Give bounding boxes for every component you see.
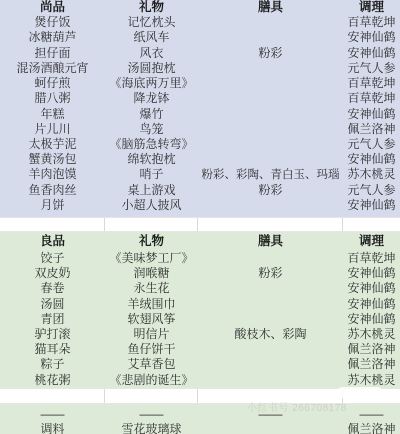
table-cell: 安神仙鹤	[343, 199, 400, 212]
table-cell: 煲仔饭	[0, 16, 105, 29]
table-cell: 片儿川	[0, 123, 105, 136]
table-cell: 冰糖葫芦	[0, 31, 105, 44]
table-cell: 雪花玻璃球	[105, 423, 198, 434]
column-header: 礼物	[105, 1, 198, 15]
screenshot-root: 尚品礼物膳具调理煲仔饭记忆枕头百草乾坤冰糖葫芦纸风车安神仙鹤担仔面风衣粉彩安神仙…	[0, 0, 400, 434]
table-cell: 佩兰洛神	[343, 358, 400, 371]
column-header: 尚品	[0, 1, 105, 15]
column-header: 膳具	[198, 235, 343, 249]
table-cell: 《悲剧的诞生》	[105, 374, 198, 387]
table-cell: 汤圆	[0, 298, 105, 311]
watermark-badge	[337, 387, 383, 398]
table-row: 春卷永生花安神仙鹤	[0, 281, 400, 296]
table-cell: 担仔面	[0, 47, 105, 60]
table-cell: 安神仙鹤	[343, 313, 400, 326]
table-cell: 桌上游戏	[105, 184, 198, 197]
table-cell: 猫耳朵	[0, 343, 105, 356]
table-cell: 苏木桃灵	[343, 374, 400, 387]
table-cell: 双皮奶	[0, 267, 105, 280]
table-row: 双皮奶润喉糖粉彩安神仙鹤	[0, 266, 400, 281]
table-row: 蟹黄汤包绵软抱枕安神仙鹤	[0, 152, 400, 167]
table-cell: 粽子	[0, 358, 105, 371]
header-row: 良品礼物膳具调理	[0, 232, 400, 251]
table-cell: 羊绒围巾	[105, 298, 198, 311]
table-cell: 百草乾坤	[343, 77, 400, 90]
table-cell: 苏木桃灵	[343, 328, 400, 341]
table-cell: 粉彩	[198, 267, 343, 280]
table-cell: 《脑筋急转弯》	[105, 138, 198, 151]
table-cell: 《美味梦工厂》	[105, 252, 198, 265]
table-row: 猫耳朵鱼仔饼干佩兰洛神	[0, 342, 400, 357]
table-cell: 安神仙鹤	[343, 31, 400, 44]
table-row: 担仔面风衣粉彩安神仙鹤	[0, 46, 400, 61]
table-cell: 安神仙鹤	[343, 47, 400, 60]
table-cell: 佩兰洛神	[343, 123, 400, 136]
table-cell: 风衣	[105, 47, 198, 60]
table-cell: 月饼	[0, 199, 105, 212]
table-row: 桃花粥《悲剧的诞生》苏木桃灵	[0, 373, 400, 388]
table-cell: 鸟笼	[105, 123, 198, 136]
table-cell: 降龙钵	[105, 92, 198, 105]
table-cell: 蚵仔煎	[0, 77, 105, 90]
table-cell: 桃花粥	[0, 374, 105, 387]
table-row: 驴打滚明信片酸枝木、彩陶苏木桃灵	[0, 327, 400, 342]
table-cell: 元气人参	[343, 184, 400, 197]
table-liangpin: 良品礼物膳具调理饺子《美味梦工厂》百草乾坤双皮奶润喉糖粉彩安神仙鹤春卷永生花安神…	[0, 232, 400, 388]
gap-cell	[0, 218, 105, 231]
column-header: 膳具	[198, 1, 343, 15]
gap-cell	[343, 218, 400, 231]
table-cell: 鱼仔饼干	[105, 343, 198, 356]
table-row: 汤圆羊绒围巾安神仙鹤	[0, 297, 400, 312]
table-row: 调料雪花玻璃球佩兰洛神	[0, 422, 400, 434]
column-header: 良品	[0, 235, 105, 249]
table-cell: 汤圆抱枕	[105, 62, 198, 75]
table-cell: 羊肉泡馍	[0, 168, 105, 181]
table-cell: 百草乾坤	[343, 252, 400, 265]
table-cell: 润喉糖	[105, 267, 198, 280]
table-cell: 记忆枕头	[105, 16, 198, 29]
table-cell: 粉彩	[198, 184, 343, 197]
table-cell: 混汤酒酿元宵	[0, 62, 105, 75]
table-row: 粽子艾草香包佩兰洛神	[0, 357, 400, 372]
table-row: 冰糖葫芦纸风车安神仙鹤	[0, 30, 400, 45]
table-cell: 明信片	[105, 328, 198, 341]
table-shangpin: 尚品礼物膳具调理煲仔饭记忆枕头百草乾坤冰糖葫芦纸风车安神仙鹤担仔面风衣粉彩安神仙…	[0, 0, 400, 217]
table-cell: 安神仙鹤	[343, 108, 400, 121]
gap-cell	[105, 218, 198, 231]
gap-row-1	[0, 217, 400, 232]
table-row: 腊八粥降龙钵百草乾坤	[0, 91, 400, 106]
column-header: 调理	[343, 1, 400, 15]
table-cell: 年糕	[0, 108, 105, 121]
gap-cell	[105, 389, 198, 403]
table-row: 饺子《美味梦工厂》百草乾坤	[0, 251, 400, 266]
table-row: 羊肉泡馍哨子粉彩、彩陶、青白玉、玛瑙苏木桃灵	[0, 167, 400, 182]
table-row: 蚵仔煎《海底两万里》百草乾坤	[0, 76, 400, 91]
table-cell: 安神仙鹤	[343, 267, 400, 280]
table-cell: 青团	[0, 313, 105, 326]
table-cell: 小超人披风	[105, 199, 198, 212]
table-cell: 佩兰洛神	[343, 343, 400, 356]
gap-cell	[0, 389, 105, 403]
table-cell: 粉彩、彩陶、青白玉、玛瑙	[198, 169, 343, 182]
table-cell: 佩兰洛神	[343, 423, 400, 434]
table-cell: 饺子	[0, 252, 105, 265]
table-cell: 腊八粥	[0, 92, 105, 105]
table-row: 青团软翅风筝安神仙鹤	[0, 312, 400, 327]
table-cell: ——	[343, 408, 400, 421]
table-cell: 哨子	[105, 168, 198, 181]
table-cell: 《海底两万里》	[105, 77, 198, 90]
table-cell: 蟹黄汤包	[0, 153, 105, 166]
table-row: 煲仔饭记忆枕头百草乾坤	[0, 15, 400, 30]
table-cell: 艾草香包	[105, 358, 198, 371]
table-cell: 软翅风筝	[105, 313, 198, 326]
table-cell: 百草乾坤	[343, 16, 400, 29]
table-cell: 酸枝木、彩陶	[198, 328, 343, 341]
table-cell: 调料	[0, 423, 105, 434]
table-cell: 绵软抱枕	[105, 153, 198, 166]
table-cell: 百草乾坤	[343, 92, 400, 105]
table-cell: 爆竹	[105, 108, 198, 121]
table-row: 太极芋泥《脑筋急转弯》元气人参	[0, 137, 400, 152]
table-cell: 永生花	[105, 282, 198, 295]
table-cell: 纸风车	[105, 31, 198, 44]
watermark-text: 小红书号 266708178	[247, 399, 347, 414]
table-cell: ——	[105, 408, 198, 421]
table-cell: 元气人参	[343, 62, 400, 75]
table-row: 月饼小超人披风安神仙鹤	[0, 198, 400, 213]
table-cell: 驴打滚	[0, 328, 105, 341]
table-row: 片儿川鸟笼佩兰洛神	[0, 122, 400, 137]
column-header: 调理	[343, 235, 400, 249]
table-cell: 太极芋泥	[0, 138, 105, 151]
table-cell: 鱼香肉丝	[0, 184, 105, 197]
table-row: 鱼香肉丝桌上游戏粉彩元气人参	[0, 183, 400, 198]
table-cell: 安神仙鹤	[343, 282, 400, 295]
table-row: 年糕爆竹安神仙鹤	[0, 107, 400, 122]
table-cell: 安神仙鹤	[343, 298, 400, 311]
table-cell: 粉彩	[198, 47, 343, 60]
header-row: 尚品礼物膳具调理	[0, 0, 400, 15]
table-cell: ——	[0, 408, 105, 421]
table-cell: 安神仙鹤	[343, 153, 400, 166]
table-cell: 苏木桃灵	[343, 168, 400, 181]
gap-cell	[198, 218, 343, 231]
column-header: 礼物	[105, 235, 198, 249]
table-row: 混汤酒酿元宵汤圆抱枕元气人参	[0, 61, 400, 76]
table-cell: 春卷	[0, 282, 105, 295]
table-cell: 元气人参	[343, 138, 400, 151]
